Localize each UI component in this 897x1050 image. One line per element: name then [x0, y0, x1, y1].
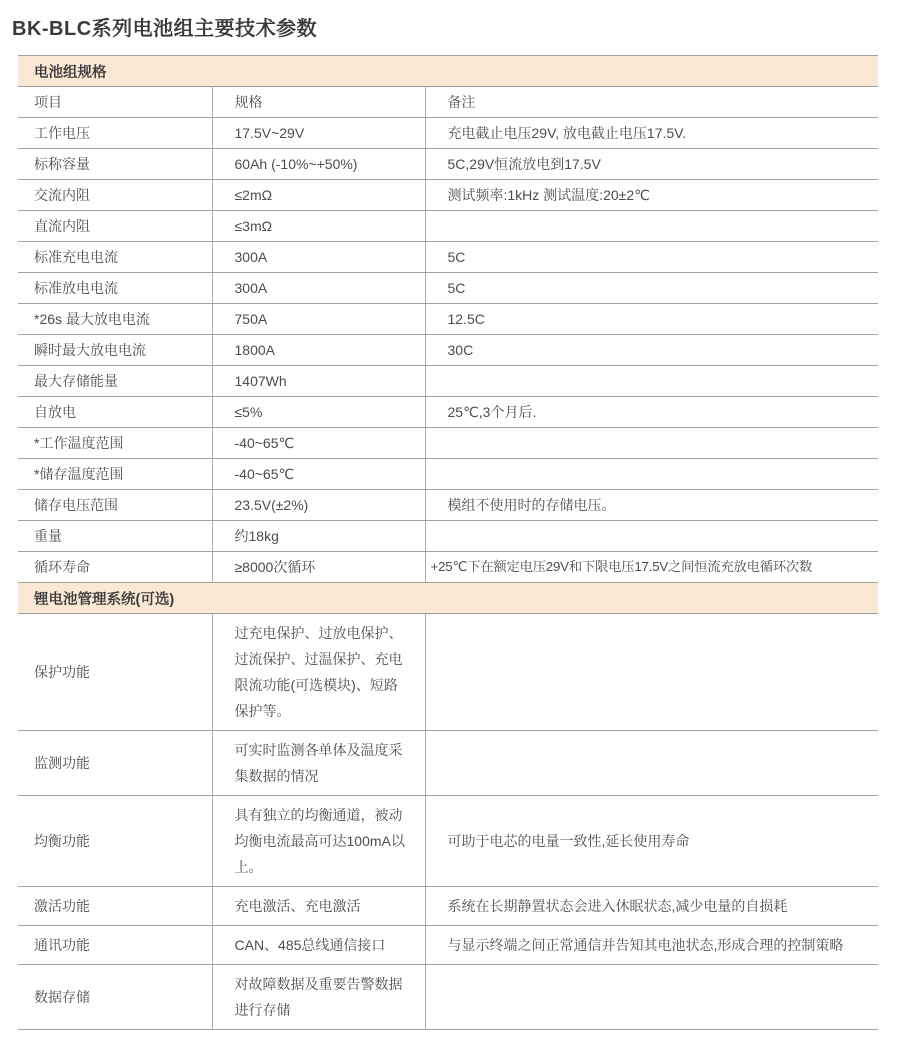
- spec-cell: ≤3mΩ: [212, 211, 425, 242]
- section-title: 电池组规格: [18, 56, 878, 87]
- note-cell: 测试频率:1kHz 测试温度:20±2℃: [425, 180, 878, 211]
- table-row: *26s 最大放电电流750A12.5C: [18, 304, 878, 335]
- item-cell: 标准放电电流: [18, 273, 212, 304]
- column-header: 项目: [18, 87, 212, 118]
- table-row: 标称容量60Ah (-10%~+50%)5C,29V恒流放电到17.5V: [18, 149, 878, 180]
- note-cell: 5C: [425, 242, 878, 273]
- spec-cell: 1800A: [212, 335, 425, 366]
- table-row: 激活功能充电激活、充电激活系统在长期静置状态会进入休眠状态,减少电量的自损耗: [18, 887, 878, 926]
- table-row: 直流内阻≤3mΩ: [18, 211, 878, 242]
- table-row: 自放电≤5%25℃,3个月后.: [18, 397, 878, 428]
- page-title: BK-BLC系列电池组主要技术参数: [0, 0, 897, 41]
- column-header: 规格: [212, 87, 425, 118]
- item-cell: 工作电压: [18, 118, 212, 149]
- spec-cell: 过充电保护、过放电保护、过流保护、过温保护、充电限流功能(可选模块)、短路保护等…: [212, 614, 425, 731]
- item-cell: 通讯功能: [18, 926, 212, 965]
- spec-cell: 300A: [212, 242, 425, 273]
- spec-cell: 300A: [212, 273, 425, 304]
- table-row: 标准放电电流300A5C: [18, 273, 878, 304]
- item-cell: 直流内阻: [18, 211, 212, 242]
- table-row: 瞬时最大放电电流1800A30C: [18, 335, 878, 366]
- item-cell: 最大存储能量: [18, 366, 212, 397]
- item-cell: 自放电: [18, 397, 212, 428]
- item-cell: 激活功能: [18, 887, 212, 926]
- note-cell: 模组不使用时的存储电压。: [425, 490, 878, 521]
- note-cell: 12.5C: [425, 304, 878, 335]
- spec-table-body: 电池组规格项目规格备注工作电压17.5V~29V充电截止电压29V, 放电截止电…: [18, 56, 878, 1030]
- note-cell: 25℃,3个月后.: [425, 397, 878, 428]
- item-cell: 均衡功能: [18, 796, 212, 887]
- table-row: 监测功能可实时监测各单体及温度采集数据的情况: [18, 731, 878, 796]
- note-cell: [425, 428, 878, 459]
- table-row: 最大存储能量1407Wh: [18, 366, 878, 397]
- note-cell: [425, 614, 878, 731]
- note-cell: [425, 965, 878, 1030]
- spec-cell: ≥8000次循环: [212, 552, 425, 583]
- table-row: 工作电压17.5V~29V充电截止电压29V, 放电截止电压17.5V.: [18, 118, 878, 149]
- spec-cell: 23.5V(±2%): [212, 490, 425, 521]
- note-cell: 5C: [425, 273, 878, 304]
- spec-cell: 17.5V~29V: [212, 118, 425, 149]
- item-cell: 重量: [18, 521, 212, 552]
- table-row: 储存电压范围23.5V(±2%)模组不使用时的存储电压。: [18, 490, 878, 521]
- note-cell: 系统在长期静置状态会进入休眠状态,减少电量的自损耗: [425, 887, 878, 926]
- table-row: 数据存储对故障数据及重要告警数据进行存储: [18, 965, 878, 1030]
- note-cell: [425, 521, 878, 552]
- note-cell: 30C: [425, 335, 878, 366]
- spec-cell: 充电激活、充电激活: [212, 887, 425, 926]
- table-row: 重量约18kg: [18, 521, 878, 552]
- spec-cell: 750A: [212, 304, 425, 335]
- section-header-row: 电池组规格: [18, 56, 878, 87]
- table-row: 通讯功能CAN、485总线通信接口与显示终端之间正常通信并告知其电池状态,形成合…: [18, 926, 878, 965]
- note-cell: [425, 459, 878, 490]
- spec-cell: 1407Wh: [212, 366, 425, 397]
- table-row: 均衡功能具有独立的均衡通道，被动均衡电流最高可达100mA以上。可助于电芯的电量…: [18, 796, 878, 887]
- note-cell: 充电截止电压29V, 放电截止电压17.5V.: [425, 118, 878, 149]
- spec-cell: CAN、485总线通信接口: [212, 926, 425, 965]
- spec-cell: -40~65℃: [212, 459, 425, 490]
- item-cell: 循环寿命: [18, 552, 212, 583]
- section-header-row: 锂电池管理系统(可选): [18, 583, 878, 614]
- spec-cell: 对故障数据及重要告警数据进行存储: [212, 965, 425, 1030]
- spec-cell: ≤5%: [212, 397, 425, 428]
- item-cell: 储存电压范围: [18, 490, 212, 521]
- table-row: 循环寿命≥8000次循环+25℃下在额定电压29V和下限电压17.5V之间恒流充…: [18, 552, 878, 583]
- spec-cell: -40~65℃: [212, 428, 425, 459]
- section-title: 锂电池管理系统(可选): [18, 583, 878, 614]
- note-cell: [425, 366, 878, 397]
- spec-table: 电池组规格项目规格备注工作电压17.5V~29V充电截止电压29V, 放电截止电…: [18, 55, 878, 1030]
- item-cell: *工作温度范围: [18, 428, 212, 459]
- item-cell: 监测功能: [18, 731, 212, 796]
- note-cell: +25℃下在额定电压29V和下限电压17.5V之间恒流充放电循环次数: [425, 552, 878, 583]
- note-cell: 与显示终端之间正常通信并告知其电池状态,形成合理的控制策略: [425, 926, 878, 965]
- table-row: 保护功能过充电保护、过放电保护、过流保护、过温保护、充电限流功能(可选模块)、短…: [18, 614, 878, 731]
- document-page: BK-BLC系列电池组主要技术参数 电池组规格项目规格备注工作电压17.5V~2…: [0, 0, 897, 1050]
- table-row: *储存温度范围-40~65℃: [18, 459, 878, 490]
- table-row: *工作温度范围-40~65℃: [18, 428, 878, 459]
- note-cell: [425, 211, 878, 242]
- note-cell: [425, 731, 878, 796]
- item-cell: 数据存储: [18, 965, 212, 1030]
- item-cell: *储存温度范围: [18, 459, 212, 490]
- table-row: 标准充电电流300A5C: [18, 242, 878, 273]
- spec-cell: 约18kg: [212, 521, 425, 552]
- note-cell: 可助于电芯的电量一致性,延长使用寿命: [425, 796, 878, 887]
- table-row: 交流内阻≤2mΩ测试频率:1kHz 测试温度:20±2℃: [18, 180, 878, 211]
- item-cell: 交流内阻: [18, 180, 212, 211]
- spec-cell: 60Ah (-10%~+50%): [212, 149, 425, 180]
- item-cell: 瞬时最大放电电流: [18, 335, 212, 366]
- column-header-row: 项目规格备注: [18, 87, 878, 118]
- item-cell: 标准充电电流: [18, 242, 212, 273]
- item-cell: 标称容量: [18, 149, 212, 180]
- spec-cell: 可实时监测各单体及温度采集数据的情况: [212, 731, 425, 796]
- column-header: 备注: [425, 87, 878, 118]
- note-cell: 5C,29V恒流放电到17.5V: [425, 149, 878, 180]
- item-cell: 保护功能: [18, 614, 212, 731]
- item-cell: *26s 最大放电电流: [18, 304, 212, 335]
- spec-cell: ≤2mΩ: [212, 180, 425, 211]
- spec-cell: 具有独立的均衡通道，被动均衡电流最高可达100mA以上。: [212, 796, 425, 887]
